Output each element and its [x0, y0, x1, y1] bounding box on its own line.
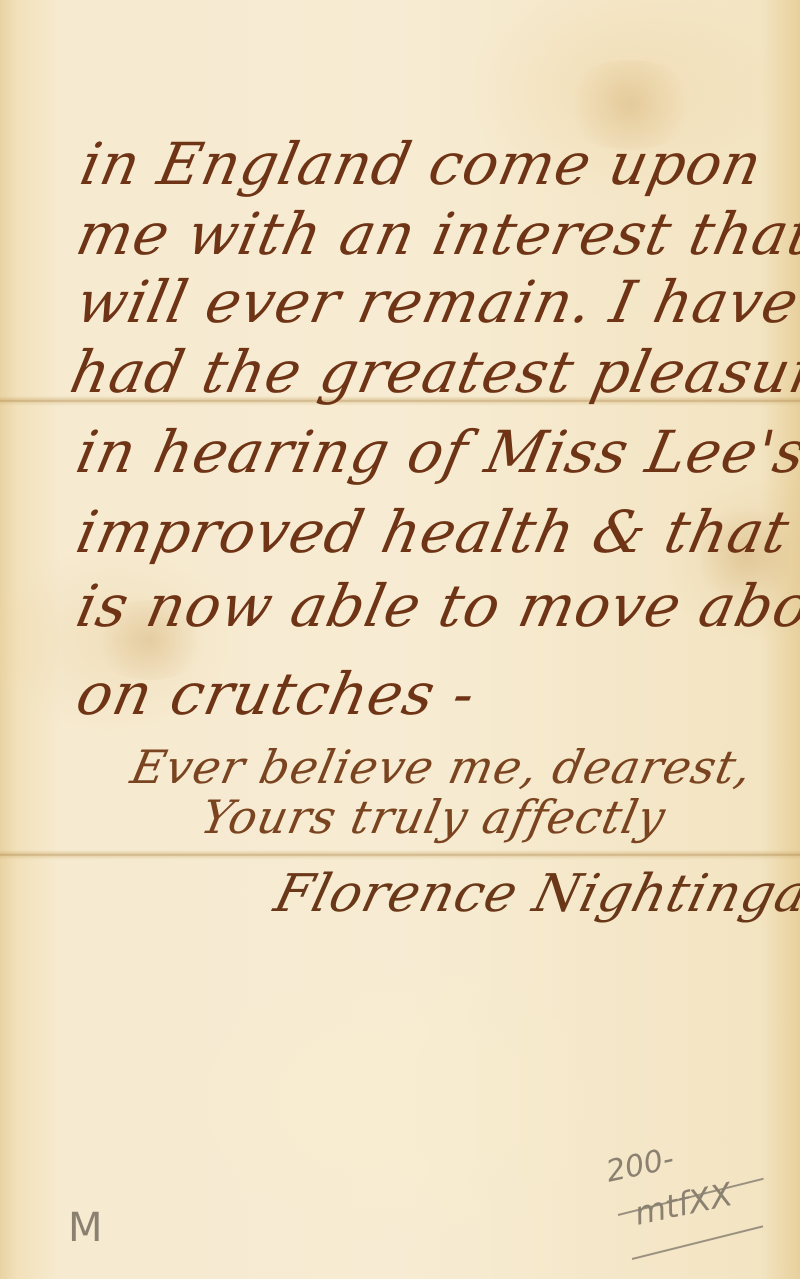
closing-line-1: Ever believe me, dearest, — [126, 740, 757, 794]
letter-line-3: will ever remain. I have — [71, 268, 800, 336]
letter-line-5: in hearing of Miss Lee's — [71, 418, 800, 486]
pencil-underline — [632, 1225, 763, 1260]
closing-line-2: Yours truly affectly — [196, 790, 670, 844]
letter-line-7: is now able to move about — [71, 572, 800, 640]
letter-line-1: in England come upon — [75, 130, 769, 198]
paper-fold-line — [0, 850, 800, 860]
letter-line-8: on crutches - — [71, 660, 482, 728]
letter-page: in England come upon me with an interest… — [0, 0, 800, 1279]
letter-line-6: improved health & that she — [71, 498, 800, 566]
letter-line-4: had the greatest pleasure — [65, 338, 800, 406]
signature: Florence Nightingale — [269, 864, 800, 924]
pencil-dealer-code: mtfXX — [631, 1175, 736, 1233]
letter-line-2: me with an interest that — [71, 200, 800, 268]
pencil-price-note: 200- — [603, 1141, 677, 1189]
pencil-corner-mark: M — [68, 1205, 103, 1251]
